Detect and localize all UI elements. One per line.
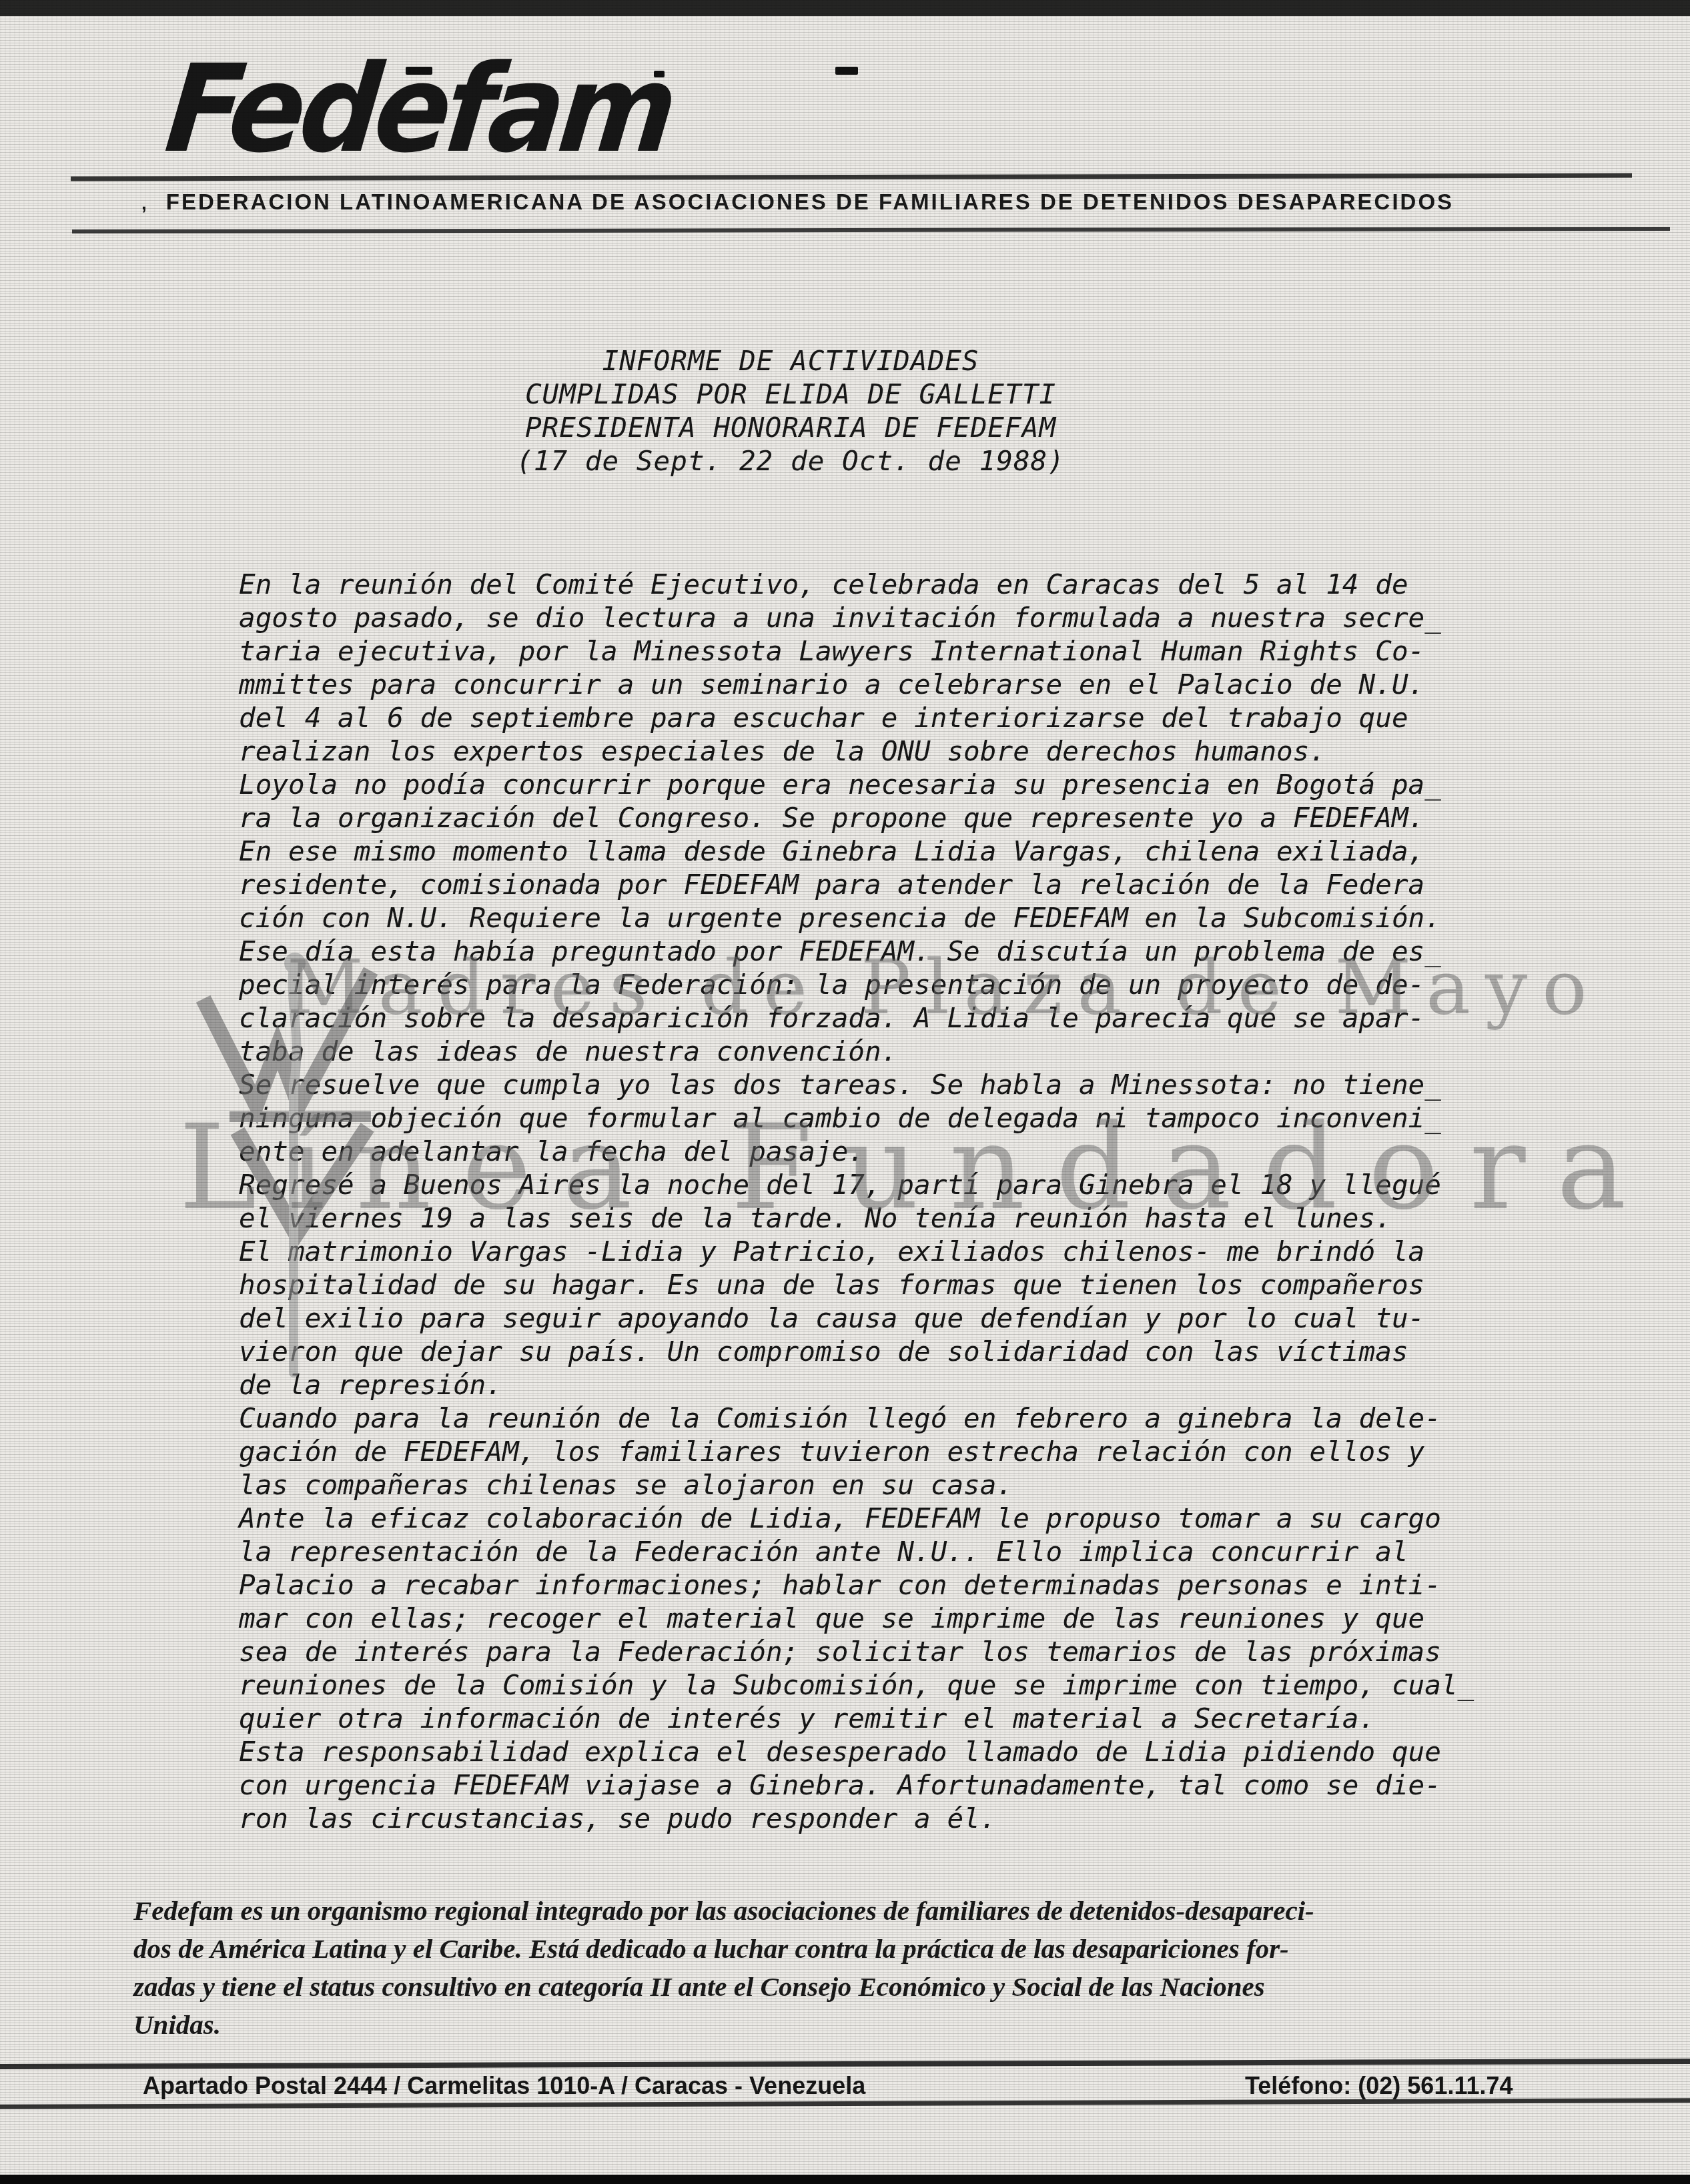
scan-speck	[406, 67, 432, 75]
body-line: las compañeras chilenas se alojaron en s…	[239, 1468, 1507, 1502]
body-line: El matrimonio Vargas -Lidia y Patricio, …	[239, 1235, 1507, 1268]
body-line: En la reunión del Comité Ejecutivo, cele…	[239, 568, 1507, 601]
body-line: Esta responsabilidad explica el desesper…	[239, 1735, 1507, 1768]
body-line: ción con N.U. Requiere la urgente presen…	[239, 901, 1507, 935]
body-line: Cuando para la reunión de la Comisión ll…	[239, 1402, 1507, 1435]
body-line: con urgencia FEDEFAM viajase a Ginebra. …	[239, 1768, 1507, 1802]
body-line: hospitalidad de su hagar. Es una de las …	[239, 1268, 1507, 1301]
footer-note-line: dos de América Latina y el Caribe. Está …	[133, 1930, 1588, 1968]
header-rule-bottom	[72, 227, 1670, 233]
body-line: del exilio para seguir apoyando la causa…	[239, 1301, 1507, 1335]
footer-rule-top	[0, 2059, 1690, 2069]
body-line: la representación de la Federación ante …	[239, 1535, 1507, 1568]
scan-bottom-edge	[0, 2175, 1690, 2184]
body-line: En ese mismo momento llama desde Ginebra…	[239, 835, 1507, 868]
scan-speck	[654, 71, 665, 77]
body-line: vieron que dejar su país. Un compromiso …	[239, 1335, 1507, 1368]
body-line: gación de FEDEFAM, los familiares tuvier…	[239, 1435, 1507, 1468]
body-line: taba de las ideas de nuestra convención.	[239, 1035, 1507, 1068]
watermark-madres-text: Madres de Plaza de Mayo	[287, 945, 1602, 1031]
body-line: Palacio a recabar informaciones; hablar …	[239, 1568, 1507, 1602]
scanned-document-page: Fedefam ,FEDERACION LATINOAMERICANA DE A…	[0, 0, 1690, 2184]
body-line: reuniones de la Comisión y la Subcomisió…	[239, 1668, 1507, 1702]
footer-note-line: Fedefam es un organismo regional integra…	[133, 1892, 1588, 1930]
body-line: ron las circustancias, se pudo responder…	[239, 1802, 1507, 1835]
body-line: sea de interés para la Federación; solic…	[239, 1635, 1507, 1668]
footer-note-line: Unidas.	[133, 2006, 1588, 2044]
scan-top-edge	[0, 0, 1690, 16]
tagline-text: FEDERACION LATINOAMERICANA DE ASOCIACION…	[166, 189, 1454, 214]
body-line: mmittes para concurrir a un seminario a …	[239, 668, 1507, 701]
scan-speck	[835, 67, 858, 75]
phone-number: Teléfono: (02) 561.11.74	[1245, 2072, 1513, 2100]
title-line: PRESIDENTA HONORARIA DE FEDEFAM	[457, 411, 1124, 444]
title-line: (17 de Sept. 22 de Oct. de 1988)	[457, 444, 1124, 478]
footer-address-row: Apartado Postal 2444 / Carmelitas 1010-A…	[0, 2072, 1690, 2101]
postal-address: Apartado Postal 2444 / Carmelitas 1010-A…	[143, 2072, 865, 2100]
body-line: Loyola no podía concurrir porque era nec…	[239, 768, 1507, 801]
tagline-mark: ,	[141, 193, 149, 213]
body-line: agosto pasado, se dio lectura a una invi…	[239, 601, 1507, 634]
body-line: Ante la eficaz colaboración de Lidia, FE…	[239, 1502, 1507, 1535]
title-line: INFORME DE ACTIVIDADES	[457, 344, 1124, 378]
watermark-linea-fundadora-text: Línea Fundadora	[179, 1099, 1657, 1236]
header-tagline: ,FEDERACION LATINOAMERICANA DE ASOCIACIO…	[141, 189, 1609, 215]
title-line: CUMPLIDAS POR ELIDA DE GALLETTI	[457, 378, 1124, 411]
body-line: taria ejecutiva, por la Minessota Lawyer…	[239, 634, 1507, 668]
body-line: del 4 al 6 de septiembre para escuchar e…	[239, 701, 1507, 734]
footer-note: Fedefam es un organismo regional integra…	[133, 1892, 1588, 2044]
body-line: ra la organización del Congreso. Se prop…	[239, 801, 1507, 835]
body-line: quier otra información de interés y remi…	[239, 1702, 1507, 1735]
fedefam-logo: Fedefam	[160, 39, 679, 180]
body-line: residente, comisionada por FEDEFAM para …	[239, 868, 1507, 901]
body-line: realizan los expertos especiales de la O…	[239, 734, 1507, 768]
body-line: mar con ellas; recoger el material que s…	[239, 1602, 1507, 1635]
body-line: de la represión.	[239, 1368, 1507, 1402]
body-line: Se resuelve que cumpla yo las dos tareas…	[239, 1068, 1507, 1101]
document-title: INFORME DE ACTIVIDADESCUMPLIDAS POR ELID…	[457, 344, 1124, 478]
footer-note-line: zadas y tiene el status consultivo en ca…	[133, 1968, 1588, 2006]
